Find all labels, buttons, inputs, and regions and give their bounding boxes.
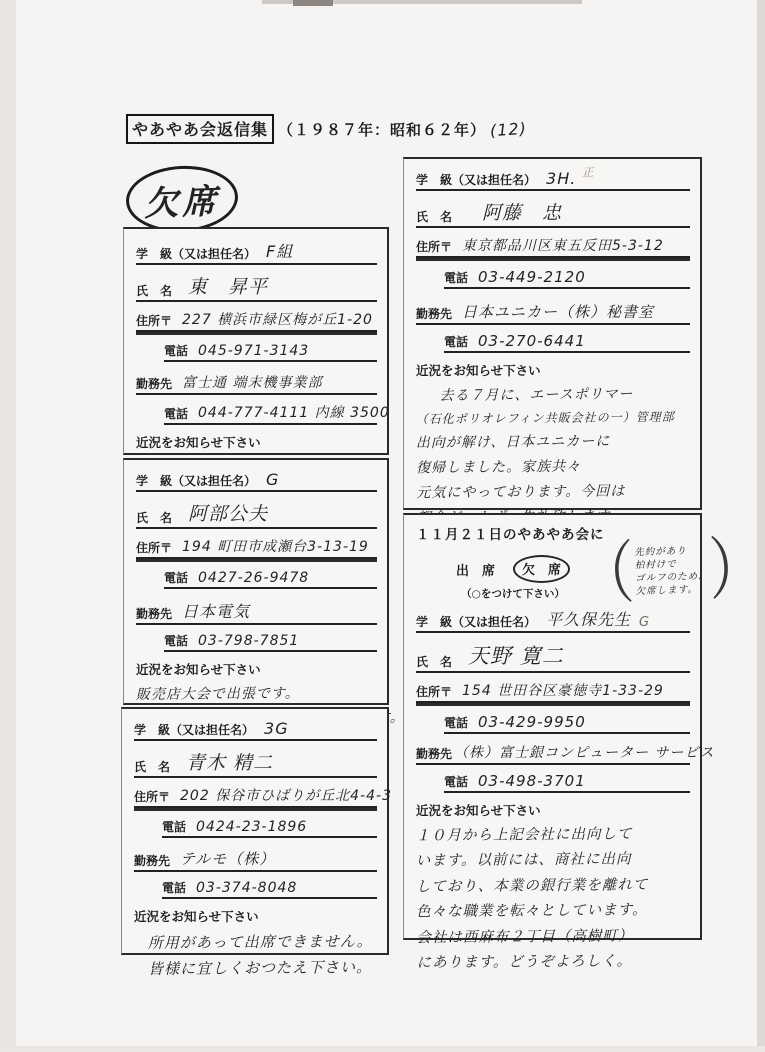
work-label: 勤務先 bbox=[134, 852, 170, 869]
address-row: 住所〒 154 世田谷区豪徳寺1-33-29 bbox=[416, 680, 690, 703]
address-label: 住所〒 bbox=[134, 788, 170, 805]
phone-value: 03-429-9950 bbox=[478, 713, 586, 731]
absent-stamp-text: 欠席 bbox=[143, 173, 221, 225]
work-value: 日本ユニカー（株）秘書室 bbox=[462, 301, 654, 322]
class-label: 学 級（又は担任名） bbox=[416, 613, 536, 630]
address-row: 住所〒 227 横浜市緑区梅が丘1-20 bbox=[136, 309, 377, 332]
address-label: 住所〒 bbox=[416, 683, 452, 700]
phone-label: 電話 bbox=[162, 818, 186, 835]
phone-value: 03-449-2120 bbox=[478, 268, 586, 286]
page-number: (12) bbox=[489, 118, 527, 140]
class-label: 学 級（又は担任名） bbox=[136, 245, 256, 262]
work-phone-row: 電話 03-270-6441 bbox=[444, 332, 690, 353]
name-row: 氏 名 東 昇平 bbox=[136, 272, 377, 302]
work-value: 富士通 端末機事業部 bbox=[182, 372, 322, 392]
work-phone-value: 03-270-6441 bbox=[478, 332, 586, 350]
work-label: 勤務先 bbox=[136, 375, 172, 392]
name-value: 天野 寛二 bbox=[468, 640, 564, 670]
phone-label: 電話 bbox=[444, 773, 468, 790]
event-label: １１月２１日のやあやあ会に bbox=[416, 523, 690, 543]
work-phone-value: 03-374-8048 bbox=[196, 880, 297, 896]
page-header: やあやあ会返信集 （１９８７年：昭和６２年） (12) bbox=[126, 114, 527, 144]
name-label: 氏 名 bbox=[416, 653, 452, 670]
name-row: 氏 名 天野 寛二 bbox=[416, 640, 690, 673]
message-line: 皆様に宜しくおつたえ下さい。 bbox=[148, 954, 377, 982]
class-label: 学 級（又は担任名） bbox=[416, 171, 536, 188]
name-row: 氏 名 青木 精二 bbox=[134, 748, 377, 778]
class-row: 学 級（又は担任名） F組 bbox=[136, 239, 377, 265]
phone-row: 電話 03-429-9950 bbox=[444, 713, 690, 734]
work-label: 勤務先 bbox=[136, 605, 172, 622]
phone-label: 電話 bbox=[164, 405, 188, 422]
message: １０月から上記会社に出向して います。以前には、商社に出向 しており、本業の銀行… bbox=[415, 822, 690, 977]
close-paren: ） bbox=[708, 535, 764, 604]
address-row: 住所〒 202 保谷市ひばりが丘北4-4-3 bbox=[134, 785, 377, 808]
name-value: 阿藤 忠 bbox=[482, 198, 562, 225]
message-line: にあります。どうぞよろしく。 bbox=[416, 949, 690, 977]
address-value: 194 町田市成瀬台3-13-19 bbox=[182, 536, 369, 556]
phone-label: 電話 bbox=[444, 714, 468, 731]
message-line: １０月から上記会社に出向して bbox=[415, 822, 689, 850]
work-row: 勤務先 日本ユニカー（株）秘書室 bbox=[416, 301, 690, 325]
address-row: 住所〒 194 町田市成瀬台3-13-19 bbox=[136, 536, 377, 559]
message-line: 所用があって出席できません。 bbox=[148, 928, 377, 956]
phone-value: 045-971-3143 bbox=[198, 343, 309, 359]
class-extra-mark: G bbox=[639, 615, 650, 630]
name-value: 東 昇平 bbox=[188, 272, 268, 299]
work-phone-row: 電話 03-374-8048 bbox=[162, 879, 377, 899]
work-phone-row: 電話 03-498-3701 bbox=[444, 772, 690, 793]
work-value: 日本電気 bbox=[182, 599, 250, 622]
address-label: 住所〒 bbox=[136, 312, 172, 329]
message: 所用があって出席できません。 皆様に宜しくおつたえ下さい。 bbox=[148, 928, 377, 982]
name-label: 氏 名 bbox=[136, 509, 172, 526]
work-value: （株）富士銀コンピューター サービス bbox=[454, 742, 714, 762]
class-value: 3G bbox=[264, 719, 289, 738]
handwritten-side-note: （ 先約があり 柏村けで ゴルフのため、 欠席します。 ） bbox=[579, 542, 764, 602]
reply-card-aoki: 学 級（又は担任名） 3G 氏 名 青木 精二 住所〒 202 保谷市ひばりが丘… bbox=[121, 707, 389, 955]
message-line: 去る７月に、エースポリマー bbox=[439, 382, 689, 409]
scan-edge-bottom bbox=[0, 1046, 765, 1052]
phone-label: 電話 bbox=[164, 632, 188, 649]
message: 去る７月に、エースポリマー （石化ポリオレフィン共販会社の一）管理部 出向が解け… bbox=[415, 382, 690, 532]
message-line: 復帰しました。家族共々 bbox=[416, 454, 690, 482]
name-row: 氏 名 阿藤 忠 bbox=[416, 198, 690, 228]
class-label: 学 級（又は担任名） bbox=[136, 472, 256, 489]
work-phone-value: 03-498-3701 bbox=[478, 772, 586, 790]
phone-label: 電話 bbox=[164, 342, 188, 359]
phone-row: 電話 0424-23-1896 bbox=[162, 818, 377, 838]
address-label: 住所〒 bbox=[136, 539, 172, 556]
open-paren: （ bbox=[579, 540, 635, 609]
message-line: います。以前には、商社に出向 bbox=[416, 847, 690, 875]
page-title-year: （１９８７年：昭和６２年） bbox=[278, 119, 486, 140]
reply-card-ato: 学 級（又は担任名） 3H. 正 氏 名 阿藤 忠 住所〒 東京都品川区東五反田… bbox=[403, 157, 702, 510]
absent-stamp: 欠席 bbox=[124, 163, 239, 235]
name-label: 氏 名 bbox=[136, 282, 172, 299]
class-row: 学 級（又は担任名） 平久保先生 G bbox=[416, 607, 690, 633]
class-label: 学 級（又は担任名） bbox=[134, 721, 254, 738]
address-row: 住所〒 東京都品川区東五反田5-3-12 bbox=[416, 235, 690, 258]
work-phone-row: 電話 044-777-4111 内線 3500 bbox=[164, 402, 377, 425]
message-line: （石化ポリオレフィン共販会社の一）管理部 bbox=[416, 407, 690, 431]
circle-instruction: （○をつけて下さい） bbox=[456, 586, 570, 601]
work-row: 勤務先 富士通 端末機事業部 bbox=[136, 372, 377, 395]
message-line: 会社は西麻布２丁目（高樹町） bbox=[416, 923, 690, 951]
class-row: 学 級（又は担任名） 3H. 正 bbox=[416, 169, 690, 191]
name-value: 阿部公夫 bbox=[188, 499, 268, 526]
work-row: 勤務先 日本電気 bbox=[136, 599, 377, 625]
class-row: 学 級（又は担任名） G bbox=[136, 470, 377, 492]
news-label: 近況をお知らせ下さい bbox=[136, 433, 377, 451]
page-title: やあやあ会返信集 bbox=[126, 114, 274, 144]
phone-row: 電話 0427-26-9478 bbox=[164, 569, 377, 589]
work-label: 勤務先 bbox=[416, 745, 452, 762]
scan-artifact-smudge bbox=[293, 0, 333, 6]
attendance-block: 出 席 欠 席 （○をつけて下さい） （ 先約があり 柏村けで ゴルフのため、 … bbox=[456, 545, 690, 601]
address-value: 154 世田谷区豪徳寺1-33-29 bbox=[462, 680, 664, 700]
address-label: 住所〒 bbox=[416, 238, 452, 255]
address-value: 東京都品川区東五反田5-3-12 bbox=[462, 235, 664, 255]
work-phone-value: 03-798-7851 bbox=[198, 633, 299, 649]
name-row: 氏 名 阿部公夫 bbox=[136, 499, 377, 529]
scan-edge-left bbox=[0, 0, 16, 1052]
reply-card-abe: 学 級（又は担任名） G 氏 名 阿部公夫 住所〒 194 町田市成瀬台3-13… bbox=[123, 458, 389, 705]
phone-value: 0427-26-9478 bbox=[198, 570, 309, 586]
phone-row: 電話 045-971-3143 bbox=[164, 342, 377, 362]
phone-label: 電話 bbox=[444, 333, 468, 350]
name-value: 青木 精二 bbox=[186, 748, 273, 775]
address-value: 227 横浜市緑区梅が丘1-20 bbox=[182, 309, 373, 329]
phone-label: 電話 bbox=[444, 269, 468, 286]
news-label: 近況をお知らせ下さい bbox=[416, 801, 690, 819]
work-phone-value: 044-777-4111 内線 3500 bbox=[198, 402, 390, 422]
message-line: 販売店大会で出張です。 bbox=[136, 681, 377, 708]
phone-label: 電話 bbox=[162, 879, 186, 896]
correction-mark: 正 bbox=[582, 164, 594, 180]
work-row: 勤務先 （株）富士銀コンピューター サービス bbox=[416, 742, 690, 765]
name-label: 氏 名 bbox=[134, 758, 170, 775]
class-value: G bbox=[266, 470, 279, 489]
message-line: 出向が解け、日本ユニカーに bbox=[416, 429, 690, 457]
news-label: 近況をお知らせ下さい bbox=[136, 660, 377, 678]
class-row: 学 級（又は担任名） 3G bbox=[134, 719, 377, 741]
scan-edge-right bbox=[757, 0, 765, 1052]
message-line: しており、本業の銀行業を離れて bbox=[416, 873, 690, 901]
work-label: 勤務先 bbox=[416, 305, 452, 322]
work-phone-row: 電話 03-798-7851 bbox=[164, 632, 377, 652]
name-label: 氏 名 bbox=[416, 208, 452, 225]
phone-value: 0424-23-1896 bbox=[196, 819, 307, 835]
news-label: 近況をお知らせ下さい bbox=[416, 361, 690, 379]
reply-card-higashi: 学 級（又は担任名） F組 氏 名 東 昇平 住所〒 227 横浜市緑区梅が丘1… bbox=[123, 227, 389, 455]
side-note-line: 欠席します。 bbox=[636, 584, 710, 599]
message-line: 色々な職業を転々としています。 bbox=[416, 898, 690, 926]
address-value: 202 保谷市ひばりが丘北4-4-3 bbox=[180, 785, 392, 805]
absent-option-circled: 欠 席 bbox=[513, 555, 570, 583]
message-line: 元気にやっております。今回は bbox=[416, 479, 690, 507]
news-label: 近況をお知らせ下さい bbox=[134, 907, 377, 925]
class-value: F組 bbox=[266, 239, 293, 262]
attend-option: 出 席 bbox=[456, 560, 495, 579]
reply-card-amano: １１月２１日のやあやあ会に 出 席 欠 席 （○をつけて下さい） （ 先約があり… bbox=[403, 513, 702, 940]
class-value: 3H. bbox=[546, 169, 576, 188]
work-value: テルモ（株） bbox=[180, 848, 275, 869]
phone-label: 電話 bbox=[164, 569, 188, 586]
work-row: 勤務先 テルモ（株） bbox=[134, 848, 377, 872]
phone-row: 電話 03-449-2120 bbox=[444, 268, 690, 289]
